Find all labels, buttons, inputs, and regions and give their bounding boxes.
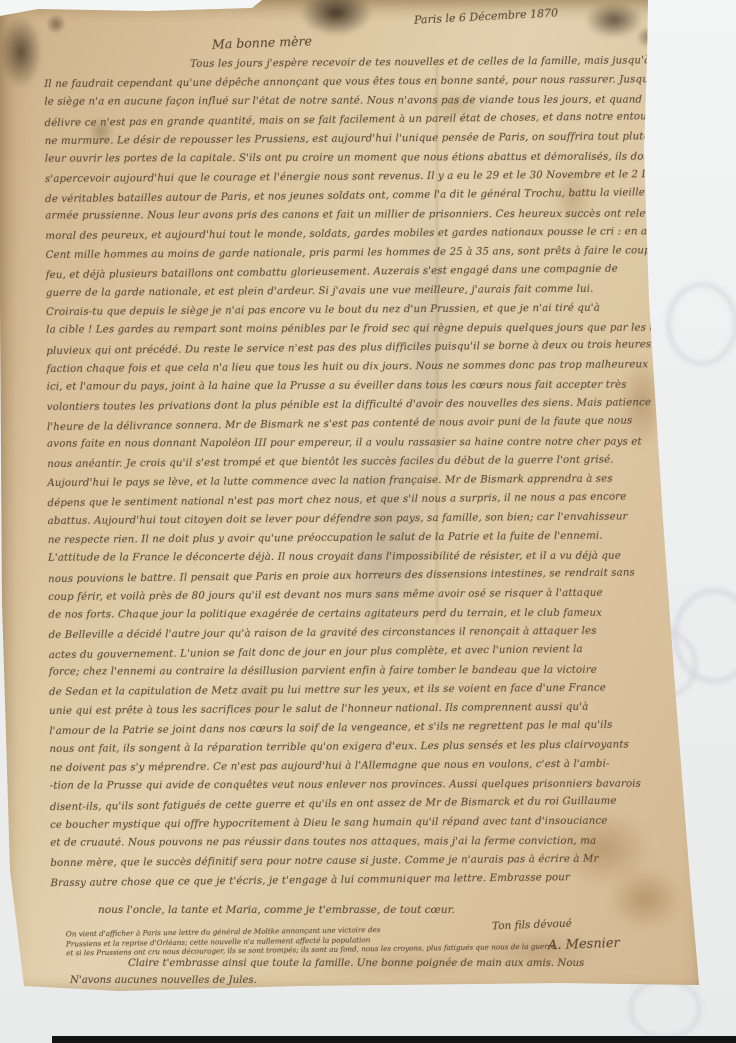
ink-stain <box>46 14 66 34</box>
letter-paper: Paris le 6 Décembre 1870 Ma bonne mère T… <box>0 0 710 1000</box>
letter-dateline: Paris le 6 Décembre 1870 <box>414 6 559 27</box>
letter-line: force; chez l'ennemi au contraire la dés… <box>49 660 675 681</box>
closing-line: Claire t'embrasse ainsi que toute la fam… <box>128 958 584 969</box>
ink-stain <box>636 26 662 48</box>
letter-line: armée prussienne. Nous leur avons pris d… <box>45 204 671 225</box>
signature-name: A. Mesnier <box>548 936 620 953</box>
ink-stain <box>300 0 372 36</box>
letter-line: avons faite en nous donnant Napoléon III… <box>47 432 673 453</box>
letter-line: ici, et l'amour du pays, joint à la hain… <box>47 375 673 396</box>
letter-valediction: Ton fils dévoué <box>492 918 572 933</box>
watermark-flourish <box>666 282 736 366</box>
letter-line: et de cruauté. Nous pouvons ne pas réuss… <box>50 831 676 852</box>
letter-last-line: nous l'oncle, la tante et Maria, comme j… <box>98 904 455 916</box>
letter-line: leur ouvrir les portes de la capitale. S… <box>45 147 671 168</box>
letter-body: Tous les jours j'espère recevoir de tes … <box>44 51 677 892</box>
ink-stain <box>0 16 42 88</box>
scanner-edge-strip <box>52 1036 736 1043</box>
letter-salutation: Ma bonne mère <box>212 33 312 51</box>
watermark-flourish <box>628 978 702 1040</box>
closing-line: N'avons aucunes nouvelles de Jules. <box>70 975 257 986</box>
scanned-letter-photo: Paris le 6 Décembre 1870 Ma bonne mère T… <box>0 0 736 1043</box>
letter-line: de nos forts. Chaque jour la politique e… <box>48 603 674 624</box>
ink-stain <box>585 2 643 38</box>
